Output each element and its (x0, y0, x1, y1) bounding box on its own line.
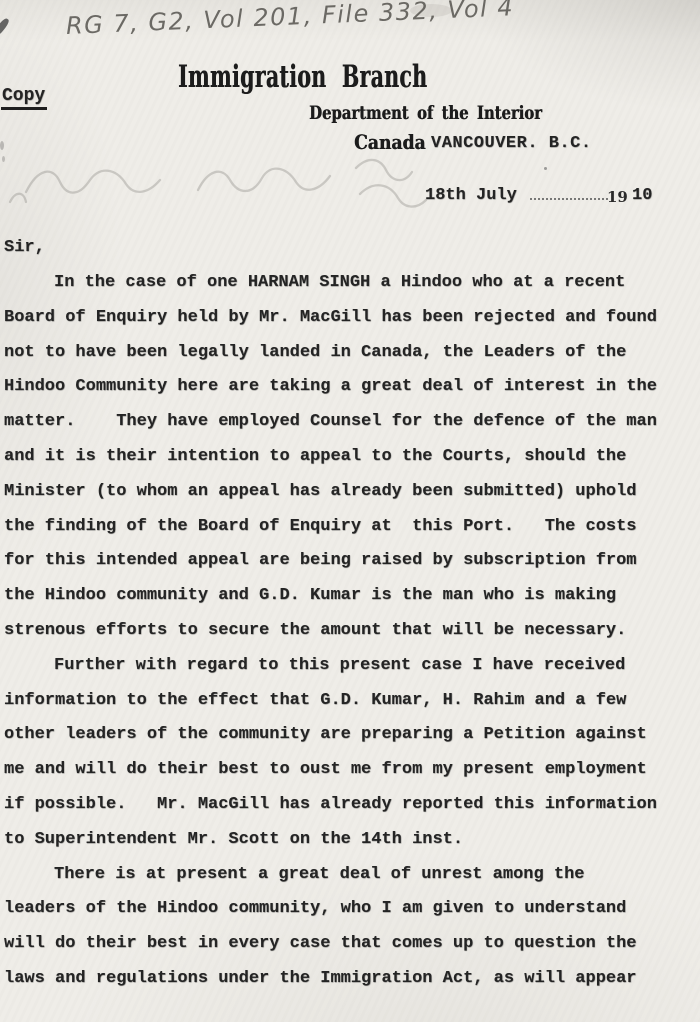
scan-speck (0, 141, 4, 150)
body-line: the Hindoo community and G.D. Kumar is t… (4, 579, 696, 614)
body-line: strenous efforts to secure the amount th… (4, 614, 696, 649)
letterhead-city: VANCOUVER. B.C. (431, 134, 592, 153)
scan-speck (2, 156, 5, 162)
date-year-typed: 10 (632, 186, 652, 205)
faint-pencil-writing (8, 150, 458, 220)
letterhead-title: Immigration Branch (178, 59, 427, 95)
body-line: will do their best in every case that co… (4, 927, 696, 962)
body-line: Board of Enquiry held by Mr. MacGill has… (4, 301, 696, 336)
body-line: matter. They have employed Counsel for t… (4, 405, 696, 440)
letterhead-department: Department of the Interior (309, 103, 542, 124)
paragraph: There is at present a great deal of unre… (4, 858, 696, 997)
body-line: There is at present a great deal of unre… (4, 858, 696, 893)
date-year-printed: 19 (607, 188, 628, 206)
body-line: In the case of one HARNAM SINGH a Hindoo… (4, 266, 696, 301)
letter-body: In the case of one HARNAM SINGH a Hindoo… (4, 266, 696, 997)
scanned-letter-page: RG 7, G2, Vol 201, File 332, Vol 4 Copy … (0, 0, 700, 1022)
salutation: Sir, (4, 231, 45, 266)
body-line: for this intended appeal are being raise… (4, 544, 696, 579)
body-line: and it is their intention to appeal to t… (4, 440, 696, 475)
paragraph: Further with regard to this present case… (4, 649, 696, 858)
scan-speck (0, 17, 10, 37)
paragraph: In the case of one HARNAM SINGH a Hindoo… (4, 266, 696, 649)
body-line: not to have been legally landed in Canad… (4, 336, 696, 371)
scan-speck (544, 167, 547, 170)
copy-stamp: Copy (1, 86, 47, 110)
body-line: Hindoo Community here are taking a great… (4, 370, 696, 405)
body-line: Further with regard to this present case… (4, 649, 696, 684)
body-line: if possible. Mr. MacGill has already rep… (4, 788, 696, 823)
date-day-month: 18th July (425, 186, 517, 205)
archival-note-handwriting: RG 7, G2, Vol 201, File 332, Vol 4 (65, 0, 514, 40)
body-line: to Superintendent Mr. Scott on the 14th … (4, 823, 696, 858)
body-line: Minister (to whom an appeal has already … (4, 475, 696, 510)
date-dotted-rule (530, 188, 608, 200)
body-line: other leaders of the community are prepa… (4, 718, 696, 753)
body-line: me and will do their best to oust me fro… (4, 753, 696, 788)
body-line: laws and regulations under the Immigrati… (4, 962, 696, 997)
body-line: the finding of the Board of Enquiry at t… (4, 510, 696, 545)
letterhead-country: Canada (354, 131, 426, 154)
body-line: leaders of the Hindoo community, who I a… (4, 892, 696, 927)
body-line: information to the effect that G.D. Kuma… (4, 684, 696, 719)
